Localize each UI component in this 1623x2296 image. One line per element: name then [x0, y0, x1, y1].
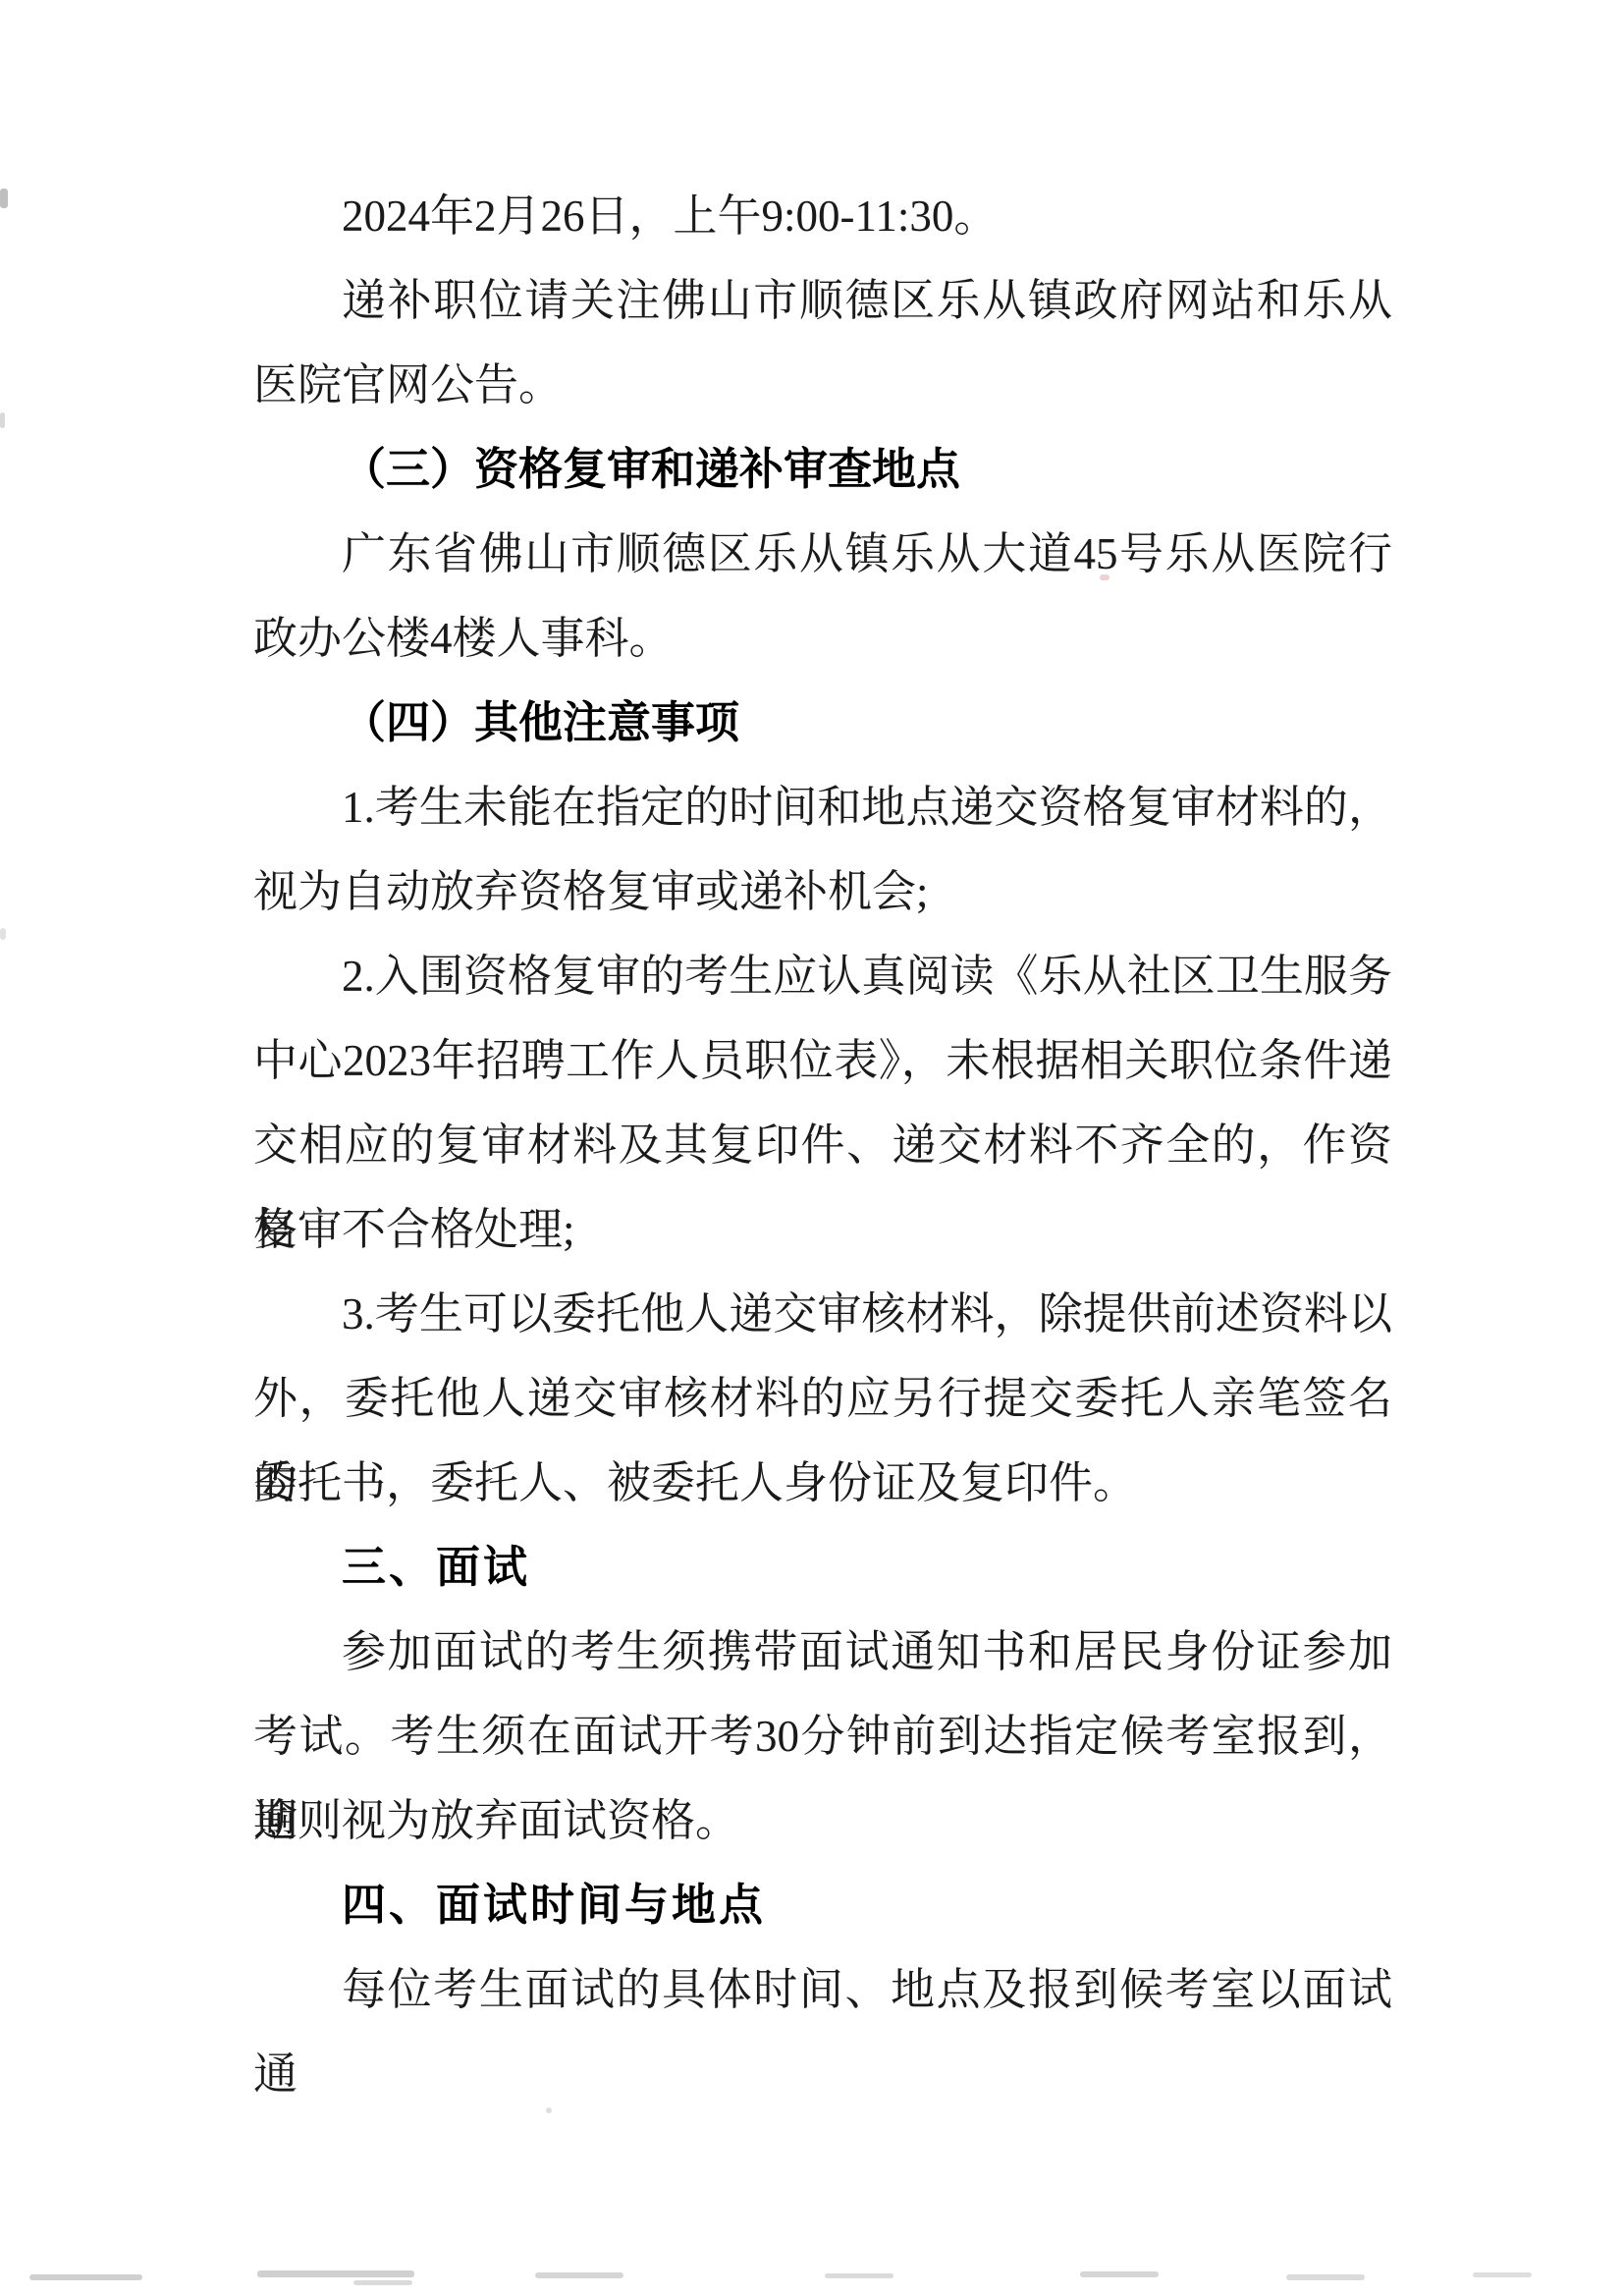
text-line: 视为自动放弃资格复审或递补机会;	[253, 849, 1392, 934]
scan-smudge	[825, 2273, 893, 2278]
section-heading: 三、面试	[253, 1525, 1392, 1610]
text-line: 2.入围资格复审的考生应认真阅读《乐从社区卫生服务	[253, 934, 1392, 1018]
text-line: 2024年2月26日，上午9:00-11:30。	[253, 174, 1392, 258]
text-line: 参加面试的考生须携带面试通知书和居民身份证参加	[253, 1610, 1392, 1694]
scanned-document-page: 2024年2月26日，上午9:00-11:30。递补职位请关注佛山市顺德区乐从镇…	[0, 0, 1623, 2296]
text-line: 广东省佛山市顺德区乐从镇乐从大道45号乐从医院行	[253, 512, 1392, 596]
text-line: 3.考生可以委托他人递交审核材料，除提供前述资料以	[253, 1272, 1392, 1356]
section-heading: （三）资格复审和递补审查地点	[253, 427, 1392, 512]
text-line: 复审不合格处理;	[253, 1187, 1392, 1272]
text-line: 考试。考生须在面试开考30分钟前到达指定候考室报到，逾	[253, 1694, 1392, 1778]
text-line: 中心2023年招聘工作人员职位表》，未根据相关职位条件递	[253, 1018, 1392, 1103]
text-line: 委托书，委托人、被委托人身份证及复印件。	[253, 1441, 1392, 1525]
text-line: 每位考生面试的具体时间、地点及报到候考室以面试通	[253, 1947, 1392, 2032]
text-line: 期则视为放弃面试资格。	[253, 1778, 1392, 1863]
section-heading: 四、面试时间与地点	[253, 1863, 1392, 1947]
scan-smudge	[29, 2274, 142, 2280]
scan-smudge	[0, 412, 5, 428]
scan-smudge	[1473, 2272, 1532, 2277]
scan-smudge	[257, 2270, 414, 2277]
document-text-block: 2024年2月26日，上午9:00-11:30。递补职位请关注佛山市顺德区乐从镇…	[253, 174, 1392, 2032]
scan-smudge	[1080, 2271, 1159, 2277]
text-line: 递补职位请关注佛山市顺德区乐从镇政府网站和乐从	[253, 258, 1392, 343]
scan-smudge	[0, 928, 6, 940]
scan-smudge	[1286, 2274, 1365, 2280]
text-line: 1.考生未能在指定的时间和地点递交资格复审材料的，	[253, 765, 1392, 849]
text-line: 政办公楼4楼人事科。	[253, 596, 1392, 681]
scan-smudge	[535, 2272, 623, 2278]
scan-smudge	[353, 2280, 412, 2285]
scan-smudge	[0, 189, 8, 208]
scan-smudge	[546, 2107, 552, 2113]
text-line: 外，委托他人递交审核材料的应另行提交委托人亲笔签名的	[253, 1356, 1392, 1441]
text-line: 医院官网公告。	[253, 343, 1392, 427]
text-line: 交相应的复审材料及其复印件、递交材料不齐全的，作资格	[253, 1103, 1392, 1187]
section-heading: （四）其他注意事项	[253, 681, 1392, 765]
